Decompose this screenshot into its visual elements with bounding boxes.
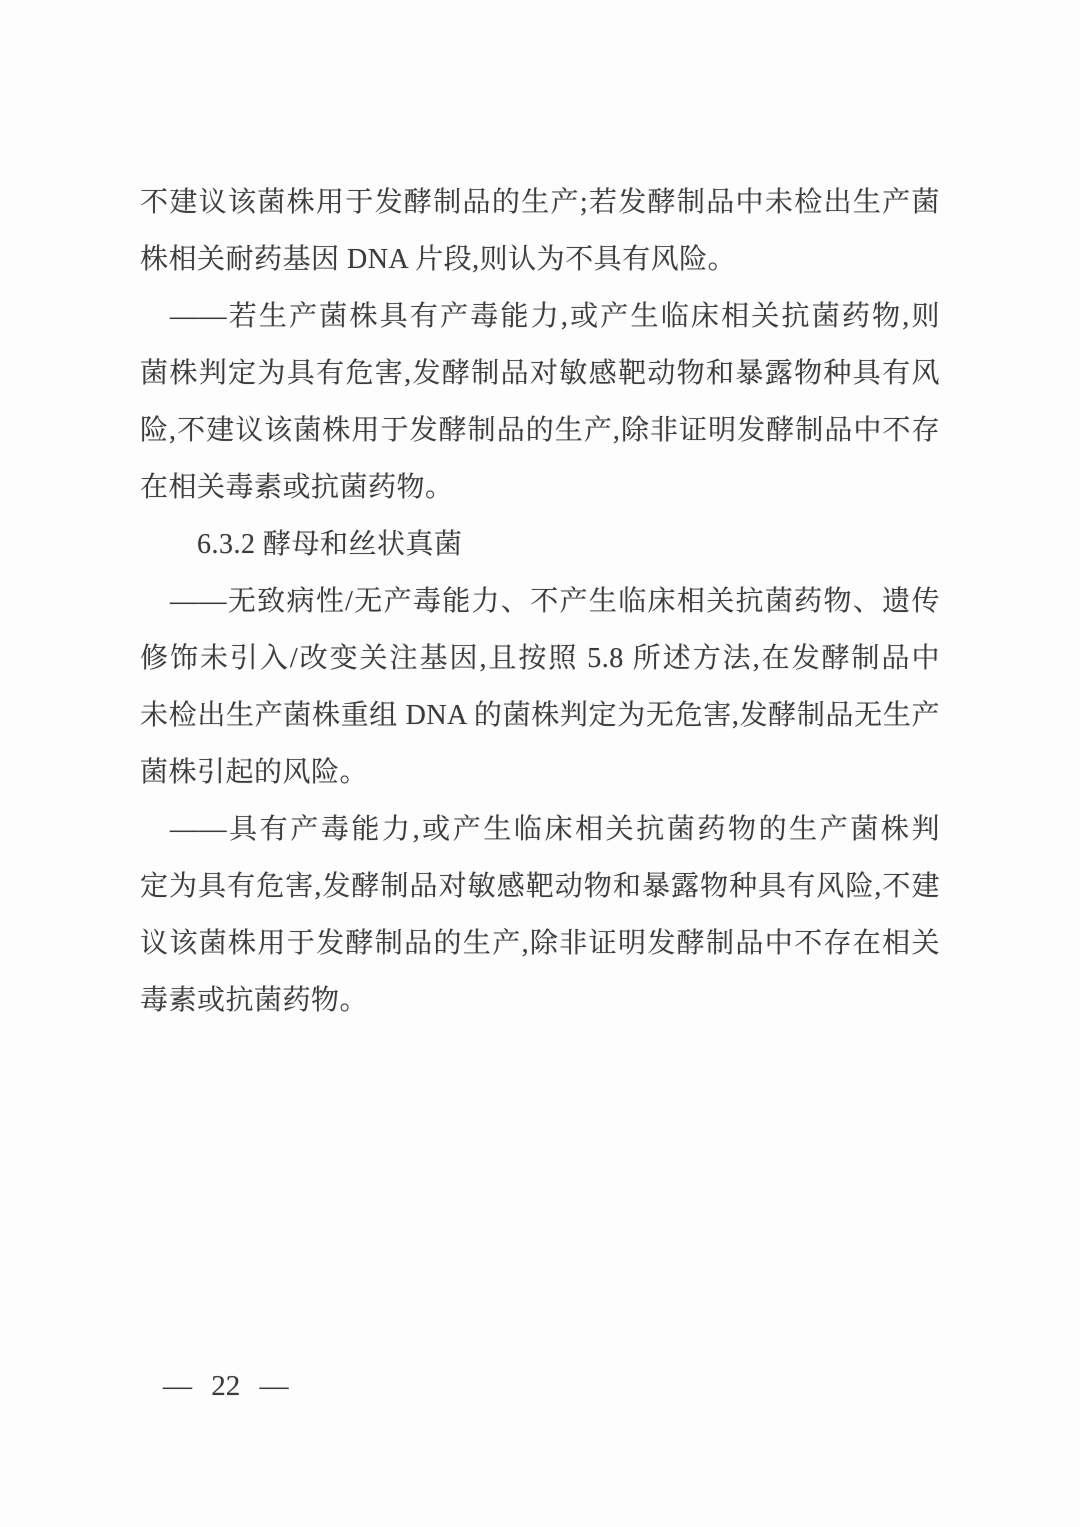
text-line: 株相关耐药基因 DNA 片段,则认为不具有风险。 (140, 231, 940, 288)
text-line: ——具有产毒能力,或产生临床相关抗菌药物的生产菌株判 (140, 801, 940, 858)
page-number: — 22 — (163, 1358, 289, 1415)
text-line: ——若生产菌株具有产毒能力,或产生临床相关抗菌药物,则 (140, 288, 940, 345)
text-line: 险,不建议该菌株用于发酵制品的生产,除非证明发酵制品中不存 (140, 402, 940, 459)
text-line: 定为具有危害,发酵制品对敏感靶动物和暴露物种具有风险,不建 (140, 858, 940, 915)
text-line: 菌株引起的风险。 (140, 744, 940, 801)
text-line: 议该菌株用于发酵制品的生产,除非证明发酵制品中不存在相关 (140, 915, 940, 972)
text-line: 修饰未引入/改变关注基因,且按照 5.8 所述方法,在发酵制品中 (140, 630, 940, 687)
text-line: 毒素或抗菌药物。 (140, 972, 940, 1029)
text-line: 未检出生产菌株重组 DNA 的菌株判定为无危害,发酵制品无生产 (140, 687, 940, 744)
body-text: 不建议该菌株用于发酵制品的生产;若发酵制品中未检出生产菌株相关耐药基因 DNA … (140, 174, 940, 1029)
section-heading: 6.3.2 酵母和丝状真菌 (140, 516, 940, 573)
document-page: 不建议该菌株用于发酵制品的生产;若发酵制品中未检出生产菌株相关耐药基因 DNA … (0, 0, 1080, 1527)
text-line: 菌株判定为具有危害,发酵制品对敏感靶动物和暴露物种具有风 (140, 345, 940, 402)
text-line: 在相关毒素或抗菌药物。 (140, 459, 940, 516)
text-line: 不建议该菌株用于发酵制品的生产;若发酵制品中未检出生产菌 (140, 174, 940, 231)
text-line: ——无致病性/无产毒能力、不产生临床相关抗菌药物、遗传 (140, 573, 940, 630)
